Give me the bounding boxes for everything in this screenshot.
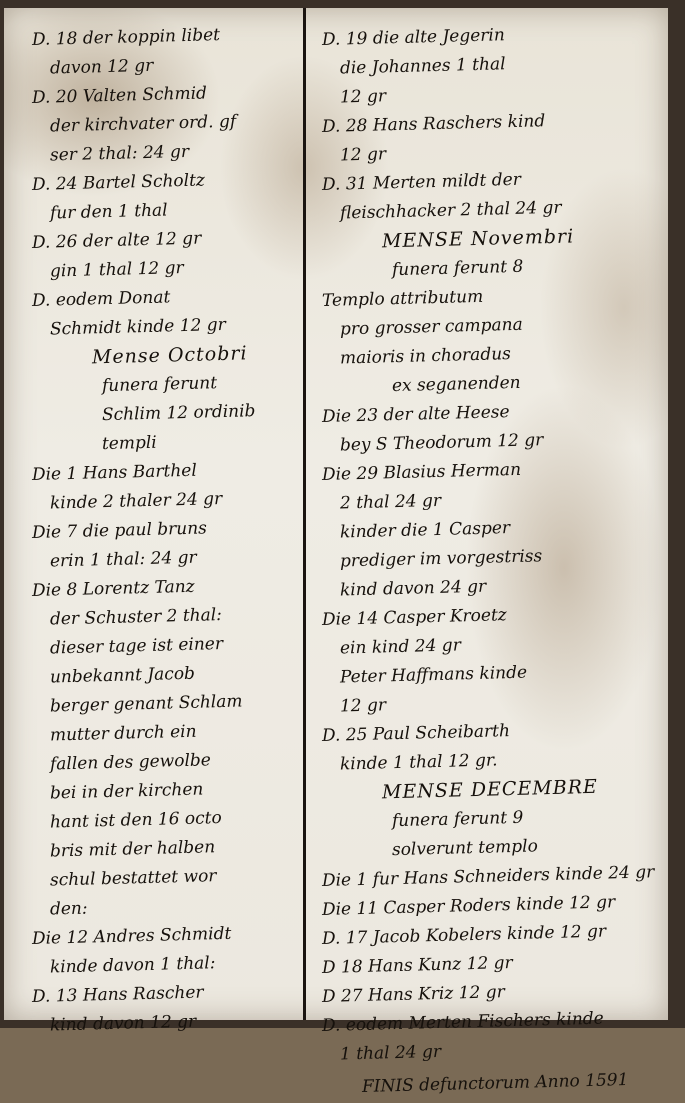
- column-divider-rule: [303, 8, 306, 1020]
- left-column: D. 18 der koppin libetdavon 12 grD. 20 V…: [32, 26, 300, 1028]
- scan-frame: D. 18 der koppin libetdavon 12 grD. 20 V…: [0, 0, 685, 1028]
- right-column: D. 19 die alte Jegerindie Johannes 1 tha…: [322, 26, 662, 1028]
- manuscript-page: D. 18 der koppin libetdavon 12 grD. 20 V…: [4, 8, 668, 1020]
